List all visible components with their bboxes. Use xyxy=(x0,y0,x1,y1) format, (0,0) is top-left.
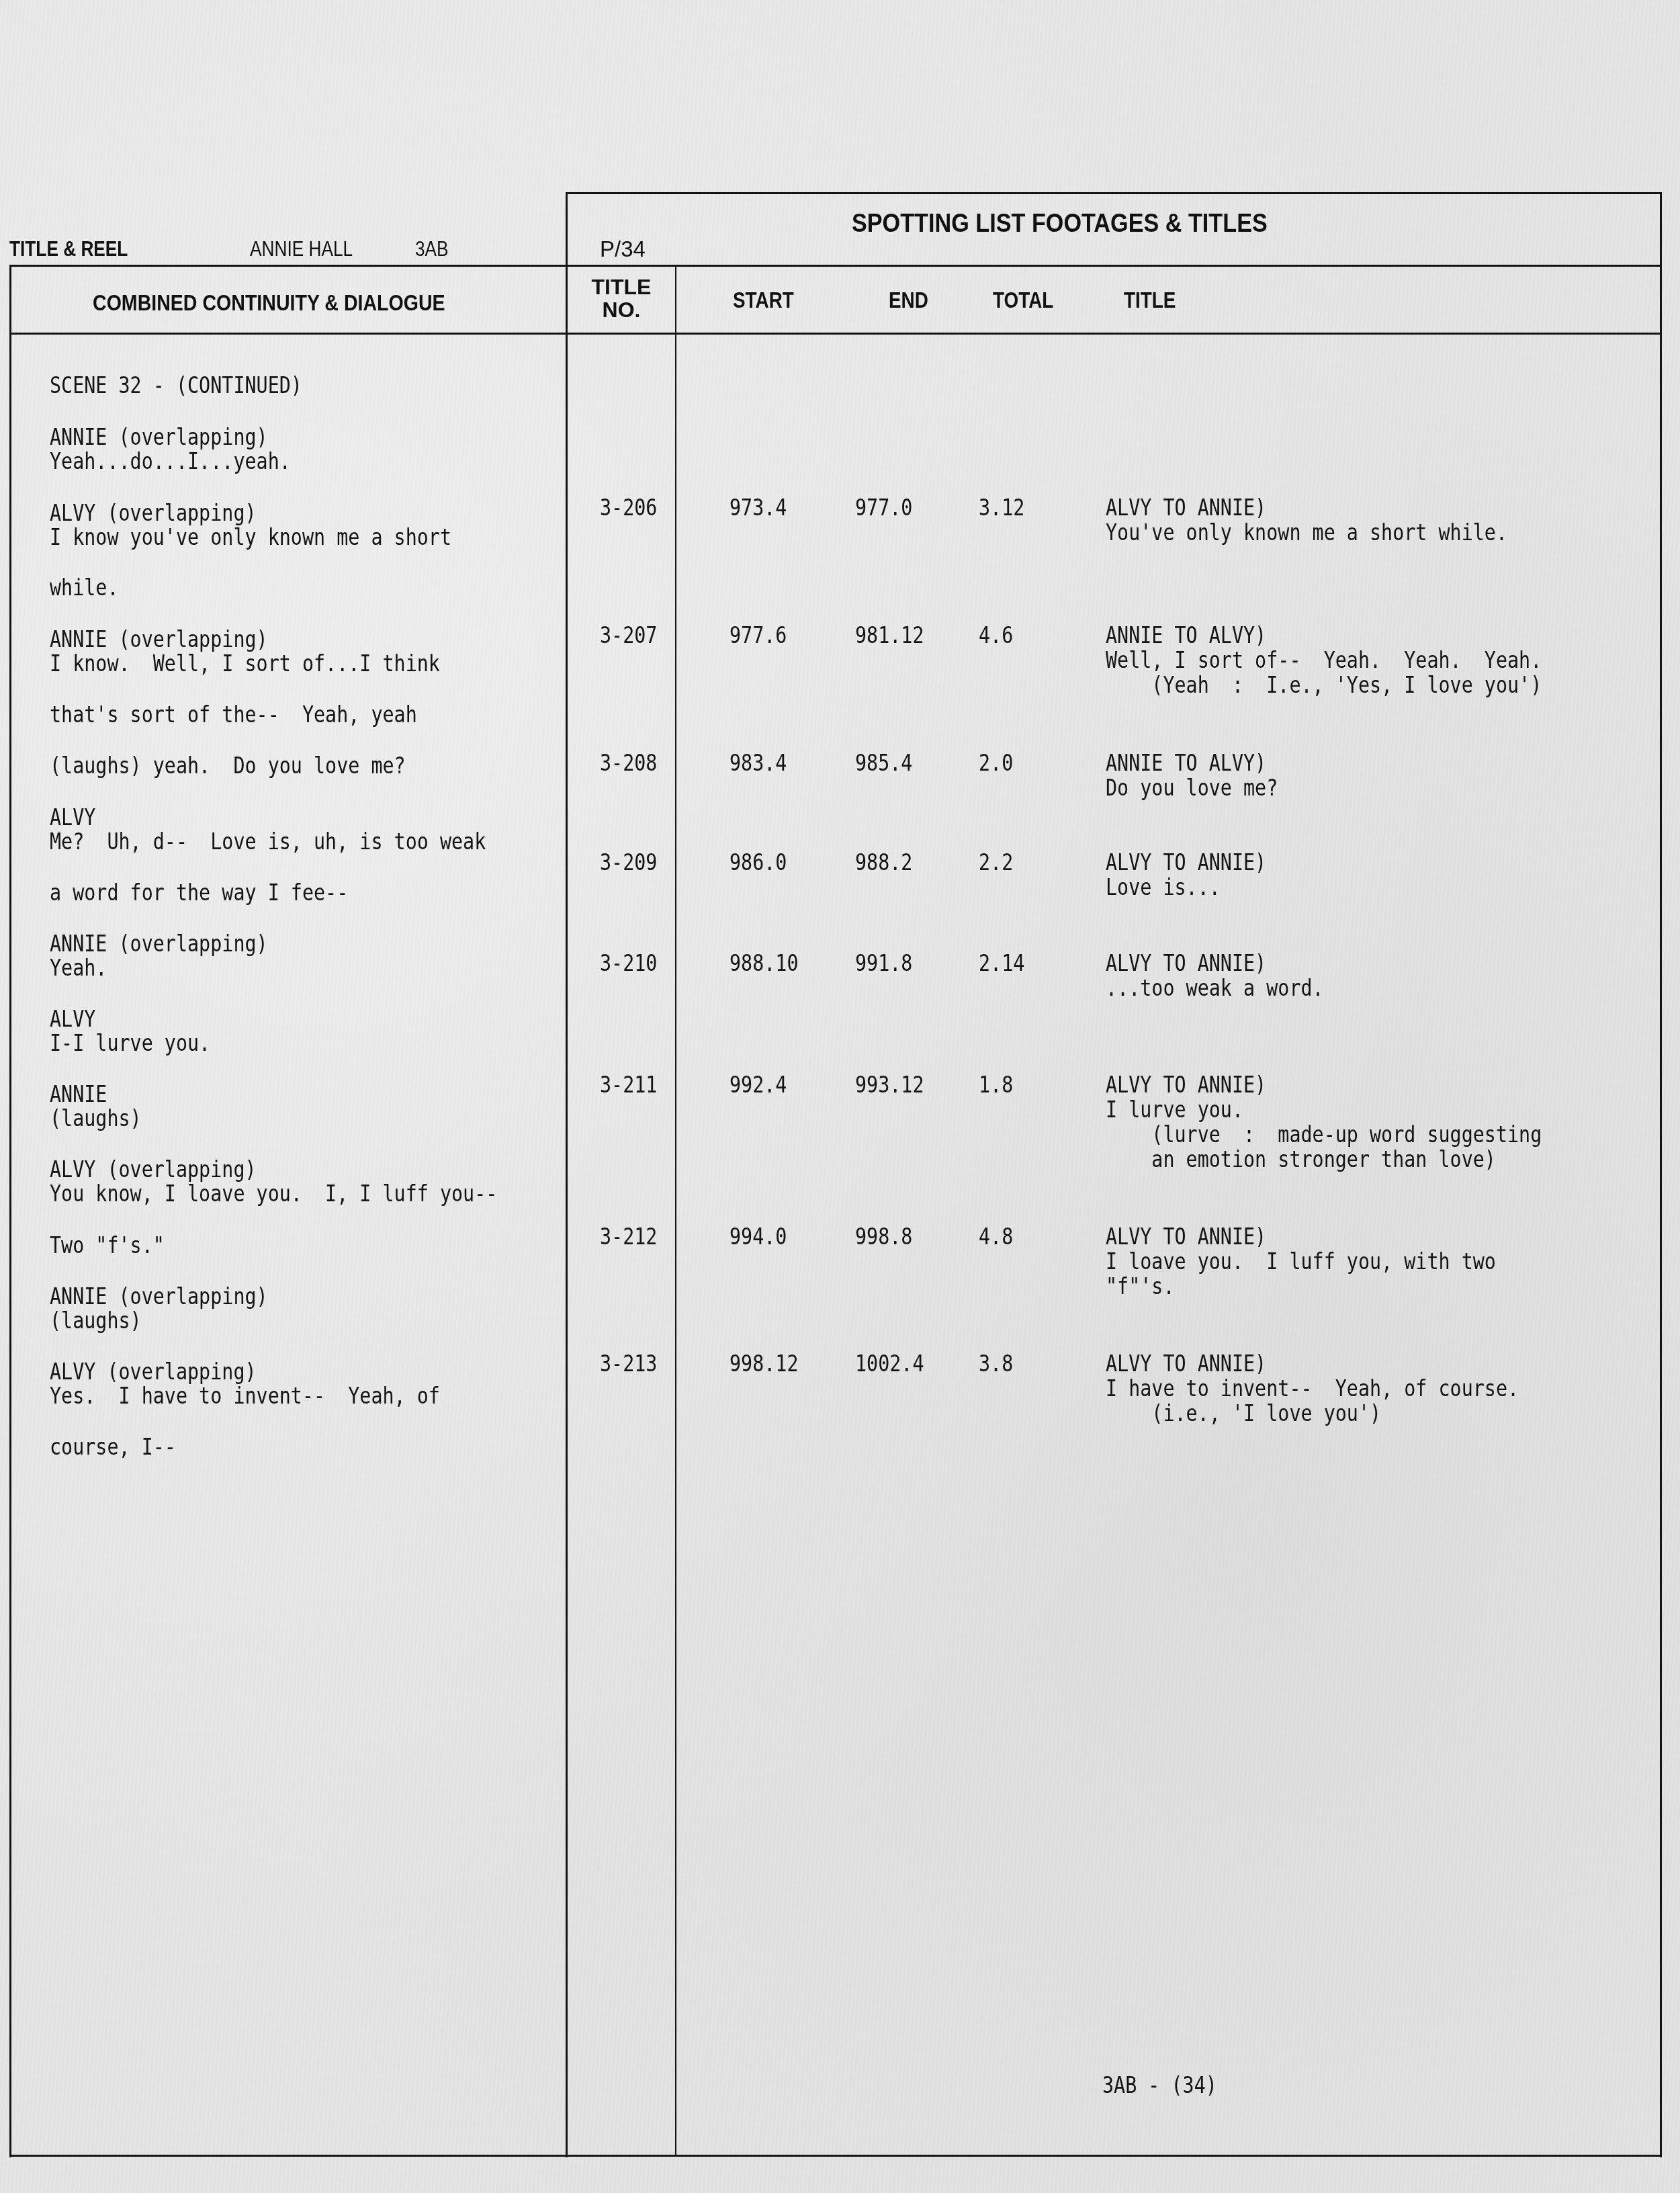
continuity-line: course, I-- xyxy=(50,1434,176,1460)
film-title: ANNIE HALL xyxy=(250,236,353,261)
continuity-line: ALVY (overlapping) xyxy=(50,1157,257,1182)
footer-page-ref: 3AB - (34) xyxy=(1102,2073,1217,2098)
continuity-line: ANNIE xyxy=(50,1082,107,1107)
spotting-box-top-border xyxy=(566,192,1662,194)
continuity-line: ALVY (overlapping) xyxy=(50,501,257,526)
spotting-heading: SPOTTING LIST FOOTAGES & TITLES xyxy=(852,210,1268,239)
spotting-title-line: Love is... xyxy=(1106,875,1221,900)
spotting-title-line: ANNIE TO ALVY) xyxy=(1106,750,1266,776)
spotting-end: 985.4 xyxy=(855,750,912,776)
title-reel-label: TITLE & REEL xyxy=(9,236,128,261)
column-title: TITLE xyxy=(1124,288,1176,314)
spotting-start: 986.0 xyxy=(730,850,787,875)
title-no-heading-line1: TITLE xyxy=(568,275,675,298)
spotting-no: 3-209 xyxy=(600,850,657,875)
spotting-start: 992.4 xyxy=(730,1072,787,1098)
header-divider xyxy=(9,265,1662,267)
spotting-title-line: (Yeah : I.e., 'Yes, I love you') xyxy=(1106,673,1542,698)
spotting-box-left-border xyxy=(566,192,568,2157)
spotting-no: 3-211 xyxy=(600,1072,657,1098)
continuity-line: I know. Well, I sort of...I think xyxy=(50,651,440,677)
spotting-start: 973.4 xyxy=(730,495,787,521)
continuity-line: Me? Uh, d-- Love is, uh, is too weak xyxy=(50,829,486,855)
column-total: TOTAL xyxy=(993,288,1053,314)
spotting-title-line: ALVY TO ANNIE) xyxy=(1106,850,1266,875)
spotting-total: 4.8 xyxy=(979,1224,1013,1250)
spotting-total: 3.12 xyxy=(979,495,1024,521)
spotting-end: 988.2 xyxy=(855,850,912,875)
continuity-line: Yeah. xyxy=(50,955,107,981)
spotting-title-line: Well, I sort of-- Yeah. Yeah. Yeah. xyxy=(1106,648,1542,673)
spotting-title-line: ALVY TO ANNIE) xyxy=(1106,1072,1266,1098)
column-start: START xyxy=(733,288,794,314)
continuity-line: ALVY (overlapping) xyxy=(50,1359,257,1385)
spotting-title-line: (lurve : made-up word suggesting xyxy=(1106,1122,1542,1148)
spotting-title-line: ...too weak a word. xyxy=(1106,976,1324,1001)
spotting-no: 3-208 xyxy=(600,750,657,776)
continuity-line: (laughs) xyxy=(50,1106,142,1131)
column-end: END xyxy=(889,288,928,314)
spotting-end: 977.0 xyxy=(855,495,912,521)
continuity-line: Yes. I have to invent-- Yeah, of xyxy=(50,1383,440,1409)
spotting-start: 977.6 xyxy=(730,623,787,648)
spotting-title-line: Do you love me? xyxy=(1106,775,1278,801)
spotting-title-line: ALVY TO ANNIE) xyxy=(1106,951,1266,976)
continuity-line: Yeah...do...I...yeah. xyxy=(50,449,291,474)
spotting-end: 998.8 xyxy=(855,1224,912,1250)
continuity-line: (laughs) yeah. Do you love me? xyxy=(50,753,406,779)
spotting-no: 3-213 xyxy=(600,1351,657,1377)
page-number: P/34 xyxy=(600,236,646,262)
spotting-total: 1.8 xyxy=(979,1072,1013,1098)
continuity-line: ANNIE (overlapping) xyxy=(50,627,268,652)
continuity-line: ANNIE (overlapping) xyxy=(50,931,268,957)
spotting-start: 983.4 xyxy=(730,750,787,776)
spotting-total: 2.2 xyxy=(979,850,1013,875)
page-left-border xyxy=(9,265,11,2157)
spotting-title-line: ALVY TO ANNIE) xyxy=(1106,495,1266,521)
spotting-end: 981.12 xyxy=(855,623,924,648)
title-no-heading: TITLE NO. xyxy=(568,275,675,321)
title-no-column-divider xyxy=(675,265,676,2156)
continuity-line: Two "f's." xyxy=(50,1233,165,1258)
continuity-line: while. xyxy=(50,575,119,601)
spotting-start: 998.12 xyxy=(730,1351,799,1377)
spotting-start: 994.0 xyxy=(730,1224,787,1250)
continuity-line: I know you've only known me a short xyxy=(50,525,451,550)
spotting-total: 2.14 xyxy=(979,951,1024,976)
spotting-title-line: ALVY TO ANNIE) xyxy=(1106,1351,1266,1377)
spotting-no: 3-207 xyxy=(600,623,657,648)
continuity-line: ALVY xyxy=(50,805,95,830)
spotting-no: 3-206 xyxy=(600,495,657,521)
spotting-no: 3-212 xyxy=(600,1224,657,1250)
spotting-no: 3-210 xyxy=(600,951,657,976)
spotting-title-line: ALVY TO ANNIE) xyxy=(1106,1224,1266,1250)
title-no-heading-line2: NO. xyxy=(568,298,675,321)
spotting-end: 991.8 xyxy=(855,951,912,976)
continuity-line: SCENE 32 - (CONTINUED) xyxy=(50,373,302,398)
continuity-heading: COMBINED CONTINUITY & DIALOGUE xyxy=(93,290,445,316)
spotting-title-line: You've only known me a short while. xyxy=(1106,520,1507,546)
continuity-line: I-I lurve you. xyxy=(50,1031,210,1056)
column-header-divider xyxy=(9,333,1662,335)
continuity-line: a word for the way I fee-- xyxy=(50,880,348,906)
spotting-title-line: an emotion stronger than love) xyxy=(1106,1147,1496,1172)
spotting-total: 2.0 xyxy=(979,750,1013,776)
reel-code: 3AB xyxy=(415,236,449,261)
spotting-total: 4.6 xyxy=(979,623,1013,648)
spotting-end: 993.12 xyxy=(855,1072,924,1098)
continuity-line: ANNIE (overlapping) xyxy=(50,1284,268,1309)
spotting-title-line: I have to invent-- Yeah, of course. xyxy=(1106,1376,1519,1402)
spotting-title-line: "f"'s. xyxy=(1106,1274,1175,1299)
spotting-title-line: (i.e., 'I love you') xyxy=(1106,1401,1381,1426)
continuity-line: You know, I loave you. I, I luff you-- xyxy=(50,1181,497,1207)
spotting-start: 988.10 xyxy=(730,951,799,976)
continuity-line: that's sort of the-- Yeah, yeah xyxy=(50,702,417,728)
continuity-line: ANNIE (overlapping) xyxy=(50,425,268,450)
page-bottom-border xyxy=(9,2155,1662,2157)
page-right-border xyxy=(1660,192,1662,2157)
spotting-title-line: ANNIE TO ALVY) xyxy=(1106,623,1266,648)
spotting-title-line: I loave you. I luff you, with two xyxy=(1106,1249,1496,1275)
spotting-title-line: I lurve you. xyxy=(1106,1097,1243,1123)
continuity-line: ALVY xyxy=(50,1006,95,1032)
spotting-total: 3.8 xyxy=(979,1351,1013,1377)
spotting-end: 1002.4 xyxy=(855,1351,924,1377)
continuity-line: (laughs) xyxy=(50,1308,142,1334)
